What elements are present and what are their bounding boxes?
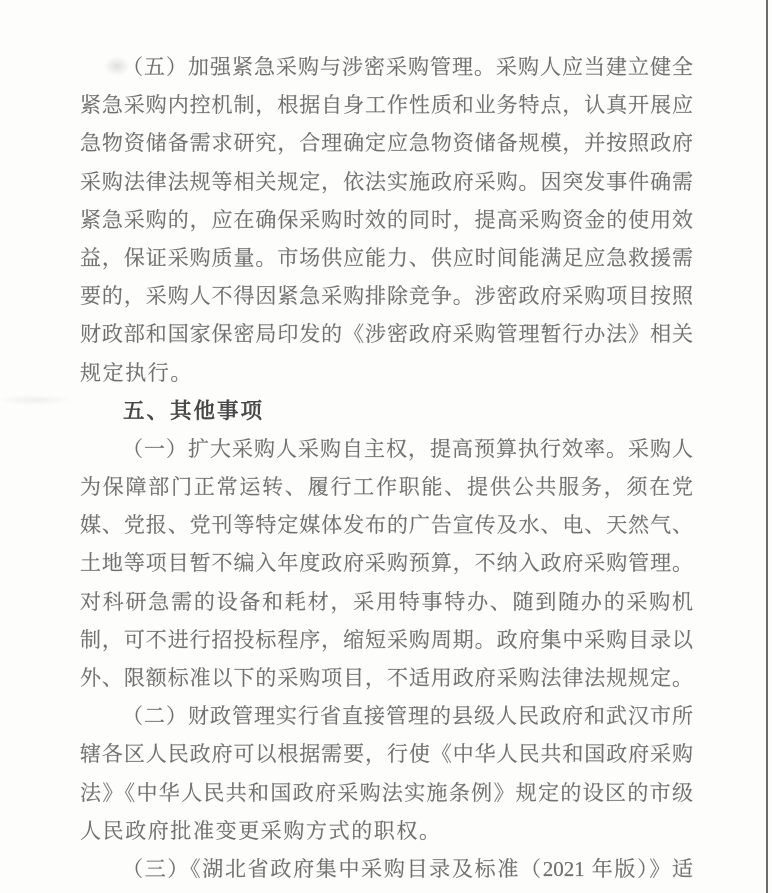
paragraph-line: 土地等项目暂不编入年度政府采购预算，不纳入政府采购管理。 bbox=[80, 544, 693, 582]
paragraph-line: 采购法律法规等相关规定，依法实施政府采购。因突发事件确需 bbox=[80, 163, 693, 201]
section-heading-5: 五、其他事项 bbox=[80, 392, 693, 430]
paragraph-line: 财政部和国家保密局印发的《涉密政府采购管理暂行办法》相关 bbox=[80, 315, 693, 353]
paragraph-line: （五）加强紧急采购与涉密采购管理。采购人应当建立健全 bbox=[80, 48, 693, 86]
paragraph-line: （三）《湖北省政府集中采购目录及标准（2021 年版）》适 bbox=[80, 850, 693, 888]
scan-edge-line bbox=[766, 0, 768, 893]
paragraph-line: 制，可不进行招投标程序，缩短采购周期。政府集中采购目录以 bbox=[80, 621, 693, 659]
paragraph-line: 人民政府批准变更采购方式的职权。 bbox=[80, 812, 693, 850]
paragraph-line: 外、限额标准以下的采购项目，不适用政府采购法律法规规定。 bbox=[80, 659, 693, 697]
paragraph-line: 媒、党报、党刊等特定媒体发布的广告宣传及水、电、天然气、 bbox=[80, 506, 693, 544]
paragraph-line: 紧急采购的，应在确保采购时效的同时，提高采购资金的使用效 bbox=[80, 201, 693, 239]
paragraph-line: 辖各区人民政府可以根据需要，行使《中华人民共和国政府采购 bbox=[80, 735, 693, 773]
paragraph-line: （二）财政管理实行省直接管理的县级人民政府和武汉市所 bbox=[80, 697, 693, 735]
paragraph-line: 为保障部门正常运转、履行工作职能、提供公共服务，须在党 bbox=[80, 468, 693, 506]
paragraph-line: 急物资储备需求研究，合理确定应急物资储备规模，并按照政府 bbox=[80, 124, 693, 162]
paragraph-line: 益，保证采购质量。市场供应能力、供应时间能满足应急救援需 bbox=[80, 239, 693, 277]
document-page: （五）加强紧急采购与涉密采购管理。采购人应当建立健全紧急采购内控机制，根据自身工… bbox=[0, 0, 772, 893]
paragraph-line: 规定执行。 bbox=[80, 354, 693, 392]
paragraph-line: 紧急采购内控机制，根据自身工作性质和业务特点，认真开展应 bbox=[80, 86, 693, 124]
document-text-block: （五）加强紧急采购与涉密采购管理。采购人应当建立健全紧急采购内控机制，根据自身工… bbox=[80, 48, 693, 888]
scan-smudge bbox=[0, 395, 70, 405]
paragraph-line: （一）扩大采购人采购自主权，提高预算执行效率。采购人 bbox=[80, 430, 693, 468]
paragraph-line: 要的，采购人不得因紧急采购排除竞争。涉密政府采购项目按照 bbox=[80, 277, 693, 315]
paragraph-line: 法》《中华人民共和国政府采购法实施条例》规定的设区的市级 bbox=[80, 774, 693, 812]
paragraph-line: 对科研急需的设备和耗材，采用特事特办、随到随办的采购机 bbox=[80, 583, 693, 621]
